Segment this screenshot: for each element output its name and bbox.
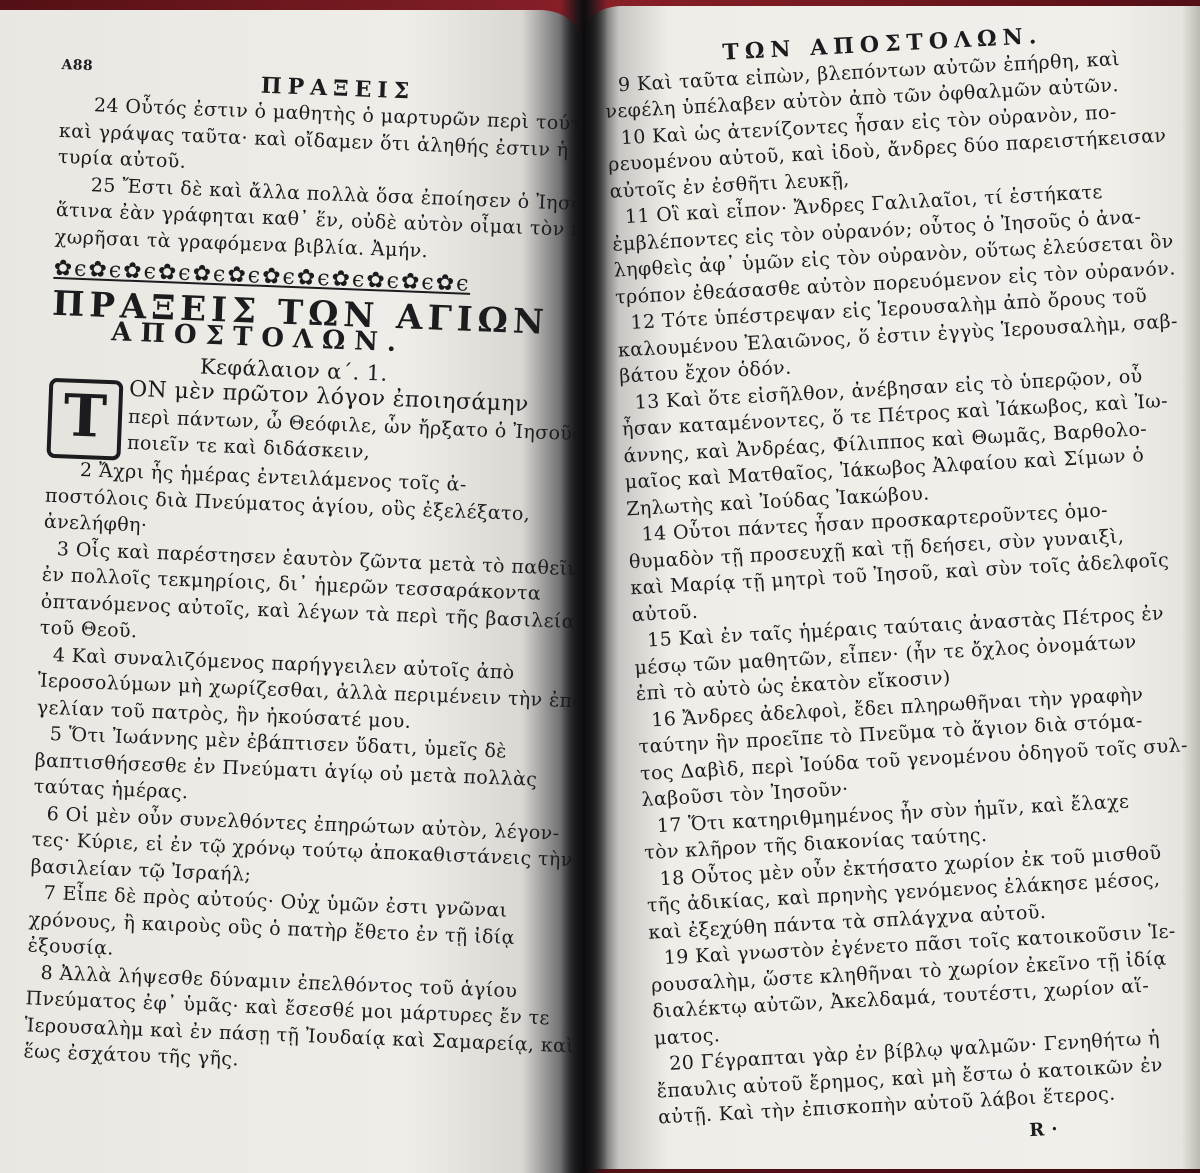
signature-mark: R ·	[1029, 1106, 1200, 1145]
open-book: Α88 ΠΡΑΞΕΙΣ 24 Οὗτός ἐστιν ὁ μαθητὴς ὁ μ…	[0, 0, 1200, 1173]
left-page: Α88 ΠΡΑΞΕΙΣ 24 Οὗτός ἐστιν ὁ μαθητὴς ὁ μ…	[0, 10, 580, 1173]
right-page: ΤΩΝ ΑΠΟΣΤΟΛΩΝ. 9 Καὶ ταῦτα εἰπὼν, βλεπόν…	[582, 6, 1200, 1169]
right-text-block: ΤΩΝ ΑΠΟΣΤΟΛΩΝ. 9 Καὶ ταῦτα εἰπὼν, βλεπόν…	[602, 15, 1200, 1164]
book-gutter	[560, 0, 608, 1173]
decorated-initial-icon: T	[46, 378, 123, 461]
left-text-block: Α88 ΠΡΑΞΕΙΣ 24 Οὗτός ἐστιν ὁ μαθητὴς ὁ μ…	[23, 52, 580, 1085]
